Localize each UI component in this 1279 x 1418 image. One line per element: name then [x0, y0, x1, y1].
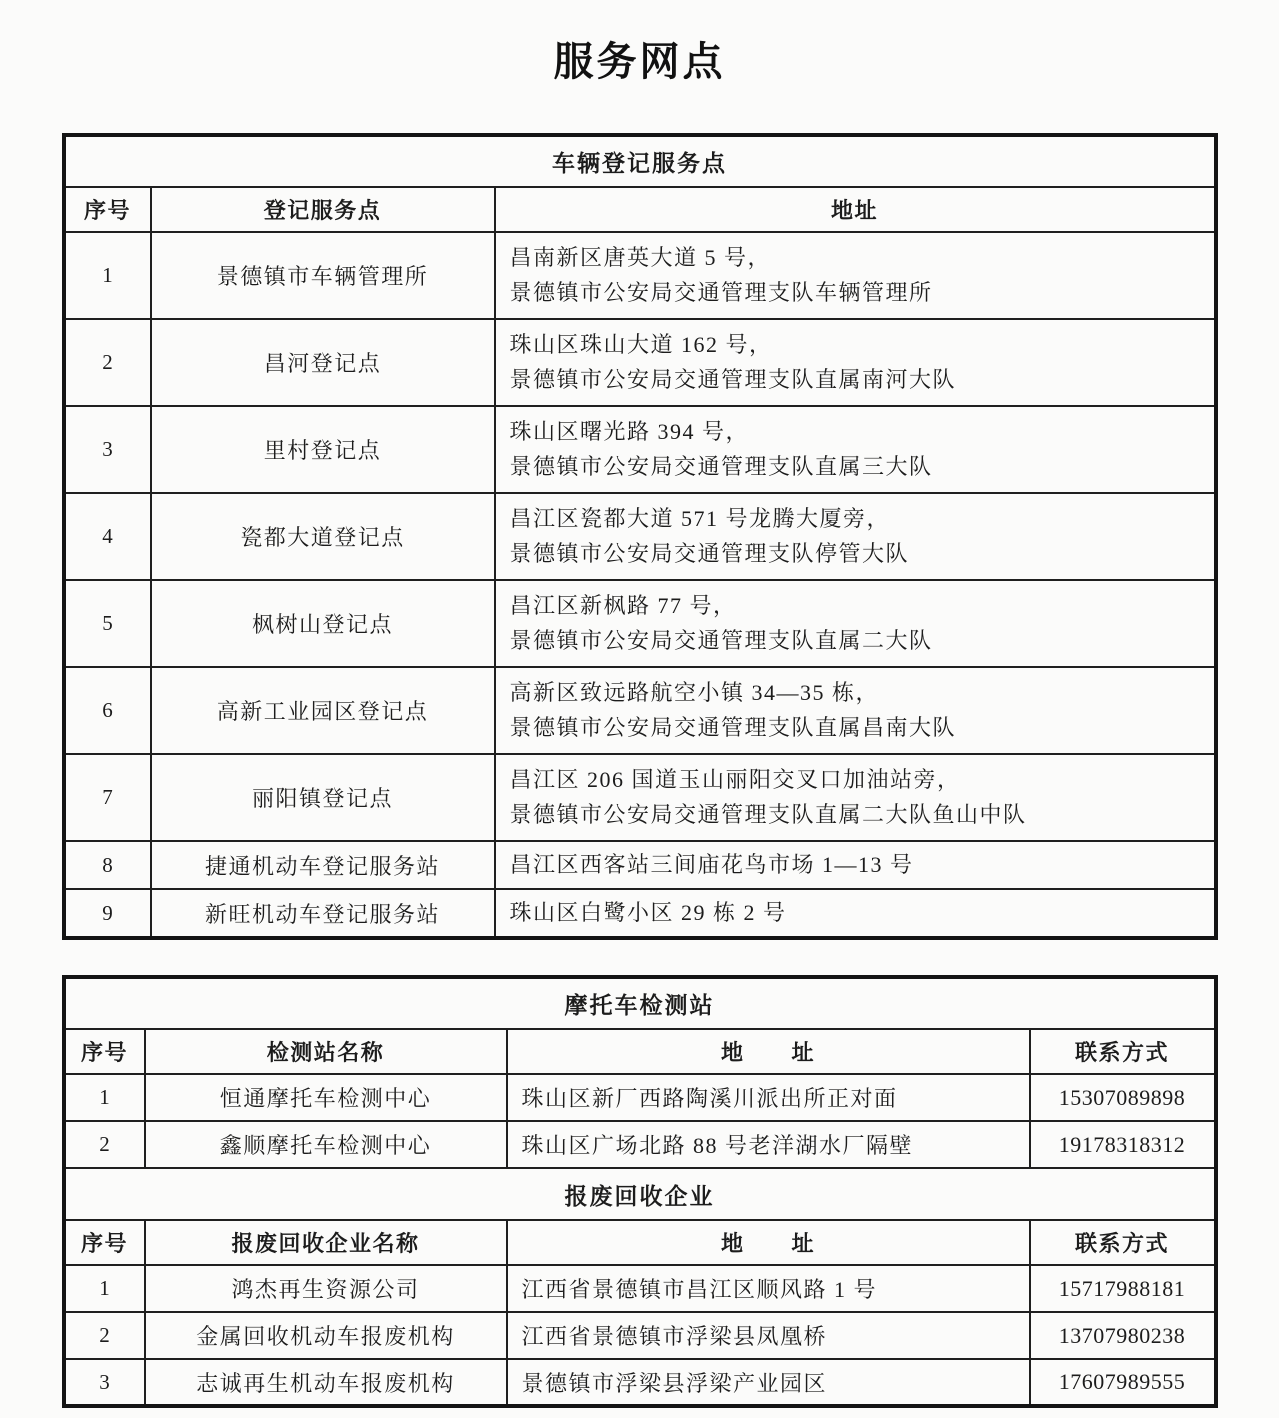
table-header-row: 序号 报废回收企业名称 地 址 联系方式 [64, 1220, 1216, 1265]
table-header-row: 序号 检测站名称 地 址 联系方式 [64, 1029, 1216, 1074]
inspection-section-title: 摩托车检测站 [64, 977, 1216, 1029]
table-title-row: 报废回收企业 [64, 1168, 1216, 1220]
address-cell: 珠山区曙光路 394 号， 景德镇市公安局交通管理支队直属三大队 [495, 406, 1216, 493]
address-line-1: 昌江区瓷都大道 571 号龙腾大厦旁， [510, 502, 1204, 536]
address-line-2: 景德镇市公安局交通管理支队直属二大队 [510, 624, 1204, 658]
address-cell: 昌江区新枫路 77 号， 景德镇市公安局交通管理支队直属二大队 [495, 580, 1216, 667]
service-point-name: 枫树山登记点 [151, 580, 495, 667]
company-name: 志诚再生机动车报废机构 [145, 1359, 507, 1406]
row-number: 2 [64, 1121, 145, 1168]
table-row: 3 里村登记点 珠山区曙光路 394 号， 景德镇市公安局交通管理支队直属三大队 [64, 406, 1216, 493]
registration-table: 车辆登记服务点 序号 登记服务点 地址 1 景德镇市车辆管理所 昌南新区唐英大道… [62, 133, 1218, 940]
phone-number: 13707980238 [1030, 1312, 1216, 1359]
address-cell: 昌江区 206 国道玉山丽阳交叉口加油站旁， 景德镇市公安局交通管理支队直属二大… [495, 754, 1216, 841]
address-line-1: 昌江区 206 国道玉山丽阳交叉口加油站旁， [510, 763, 1204, 797]
row-number: 3 [64, 406, 151, 493]
header-address: 地 址 [507, 1220, 1030, 1265]
address-cell: 昌江区西客站三间庙花鸟市场 1—13 号 [495, 841, 1216, 889]
table-row: 2 昌河登记点 珠山区珠山大道 162 号， 景德镇市公安局交通管理支队直属南河… [64, 319, 1216, 406]
table-row: 1 景德镇市车辆管理所 昌南新区唐英大道 5 号， 景德镇市公安局交通管理支队车… [64, 232, 1216, 319]
address-cell: 珠山区白鹭小区 29 栋 2 号 [495, 889, 1216, 938]
address-line-1: 高新区致远路航空小镇 34—35 栋， [510, 676, 1204, 710]
address-line-2: 景德镇市公安局交通管理支队停管大队 [510, 537, 1204, 571]
table-row: 8 捷通机动车登记服务站 昌江区西客站三间庙花鸟市场 1—13 号 [64, 841, 1216, 889]
header-name: 登记服务点 [151, 187, 495, 232]
address-cell: 昌南新区唐英大道 5 号， 景德镇市公安局交通管理支队车辆管理所 [495, 232, 1216, 319]
address-line-2: 景德镇市公安局交通管理支队直属昌南大队 [510, 711, 1204, 745]
service-point-name: 捷通机动车登记服务站 [151, 841, 495, 889]
table-row: 1 恒通摩托车检测中心 珠山区新厂西路陶溪川派出所正对面 15307089898 [64, 1074, 1216, 1121]
table-row: 1 鸿杰再生资源公司 江西省景德镇市昌江区顺风路 1 号 15717988181 [64, 1265, 1216, 1312]
address-line-1: 昌江区新枫路 77 号， [510, 589, 1204, 623]
table-row: 7 丽阳镇登记点 昌江区 206 国道玉山丽阳交叉口加油站旁， 景德镇市公安局交… [64, 754, 1216, 841]
table-title-row: 车辆登记服务点 [64, 135, 1216, 187]
phone-number: 17607989555 [1030, 1359, 1216, 1406]
service-point-name: 昌河登记点 [151, 319, 495, 406]
service-point-name: 丽阳镇登记点 [151, 754, 495, 841]
address-cell: 珠山区新厂西路陶溪川派出所正对面 [507, 1074, 1030, 1121]
registration-table-title: 车辆登记服务点 [64, 135, 1216, 187]
table-title-row: 摩托车检测站 [64, 977, 1216, 1029]
company-name: 鸿杰再生资源公司 [145, 1265, 507, 1312]
row-number: 9 [64, 889, 151, 938]
table-row: 2 金属回收机动车报废机构 江西省景德镇市浮梁县凤凰桥 13707980238 [64, 1312, 1216, 1359]
service-point-name: 新旺机动车登记服务站 [151, 889, 495, 938]
header-no: 序号 [64, 1220, 145, 1265]
row-number: 2 [64, 1312, 145, 1359]
address-cell: 昌江区瓷都大道 571 号龙腾大厦旁， 景德镇市公安局交通管理支队停管大队 [495, 493, 1216, 580]
document-page: 服务网点 车辆登记服务点 序号 登记服务点 地址 1 景德镇市车辆管理所 昌南新… [0, 0, 1279, 1418]
inspection-recycling-table: 摩托车检测站 序号 检测站名称 地 址 联系方式 1 恒通摩托车检测中心 珠山区… [62, 975, 1218, 1408]
company-name: 金属回收机动车报废机构 [145, 1312, 507, 1359]
address-line-2: 景德镇市公安局交通管理支队直属三大队 [510, 450, 1204, 484]
address-line-1: 珠山区曙光路 394 号， [510, 415, 1204, 449]
header-name: 检测站名称 [145, 1029, 507, 1074]
phone-number: 19178318312 [1030, 1121, 1216, 1168]
header-address: 地址 [495, 187, 1216, 232]
row-number: 3 [64, 1359, 145, 1406]
address-cell: 江西省景德镇市浮梁县凤凰桥 [507, 1312, 1030, 1359]
page-title: 服务网点 [0, 0, 1279, 87]
row-number: 1 [64, 1074, 145, 1121]
address-cell: 景德镇市浮梁县浮梁产业园区 [507, 1359, 1030, 1406]
row-number: 2 [64, 319, 151, 406]
row-number: 1 [64, 232, 151, 319]
address-line-2: 景德镇市公安局交通管理支队直属二大队鱼山中队 [510, 798, 1204, 832]
station-name: 恒通摩托车检测中心 [145, 1074, 507, 1121]
header-address: 地 址 [507, 1029, 1030, 1074]
phone-number: 15307089898 [1030, 1074, 1216, 1121]
header-name: 报废回收企业名称 [145, 1220, 507, 1265]
table-row: 4 瓷都大道登记点 昌江区瓷都大道 571 号龙腾大厦旁， 景德镇市公安局交通管… [64, 493, 1216, 580]
row-number: 7 [64, 754, 151, 841]
row-number: 4 [64, 493, 151, 580]
row-number: 5 [64, 580, 151, 667]
address-line-2: 景德镇市公安局交通管理支队直属南河大队 [510, 363, 1204, 397]
address-cell: 江西省景德镇市昌江区顺风路 1 号 [507, 1265, 1030, 1312]
row-number: 6 [64, 667, 151, 754]
row-number: 8 [64, 841, 151, 889]
address-cell: 珠山区珠山大道 162 号， 景德镇市公安局交通管理支队直属南河大队 [495, 319, 1216, 406]
table-row: 2 鑫顺摩托车检测中心 珠山区广场北路 88 号老洋湖水厂隔壁 19178318… [64, 1121, 1216, 1168]
address-line-1: 珠山区珠山大道 162 号， [510, 328, 1204, 362]
header-contact: 联系方式 [1030, 1220, 1216, 1265]
address-line-2: 景德镇市公安局交通管理支队车辆管理所 [510, 276, 1204, 310]
address-cell: 珠山区广场北路 88 号老洋湖水厂隔壁 [507, 1121, 1030, 1168]
table-row: 5 枫树山登记点 昌江区新枫路 77 号， 景德镇市公安局交通管理支队直属二大队 [64, 580, 1216, 667]
service-point-name: 景德镇市车辆管理所 [151, 232, 495, 319]
address-line-1: 珠山区白鹭小区 29 栋 2 号 [510, 896, 1204, 930]
header-contact: 联系方式 [1030, 1029, 1216, 1074]
phone-number: 15717988181 [1030, 1265, 1216, 1312]
header-no: 序号 [64, 187, 151, 232]
table-row: 6 高新工业园区登记点 高新区致远路航空小镇 34—35 栋， 景德镇市公安局交… [64, 667, 1216, 754]
station-name: 鑫顺摩托车检测中心 [145, 1121, 507, 1168]
table-header-row: 序号 登记服务点 地址 [64, 187, 1216, 232]
address-line-1: 昌南新区唐英大道 5 号， [510, 241, 1204, 275]
header-no: 序号 [64, 1029, 145, 1074]
recycling-section-title: 报废回收企业 [64, 1168, 1216, 1220]
service-point-name: 瓷都大道登记点 [151, 493, 495, 580]
address-cell: 高新区致远路航空小镇 34—35 栋， 景德镇市公安局交通管理支队直属昌南大队 [495, 667, 1216, 754]
service-point-name: 里村登记点 [151, 406, 495, 493]
row-number: 1 [64, 1265, 145, 1312]
address-line-1: 昌江区西客站三间庙花鸟市场 1—13 号 [510, 848, 1204, 882]
service-point-name: 高新工业园区登记点 [151, 667, 495, 754]
table-row: 3 志诚再生机动车报废机构 景德镇市浮梁县浮梁产业园区 17607989555 [64, 1359, 1216, 1406]
table-row: 9 新旺机动车登记服务站 珠山区白鹭小区 29 栋 2 号 [64, 889, 1216, 938]
